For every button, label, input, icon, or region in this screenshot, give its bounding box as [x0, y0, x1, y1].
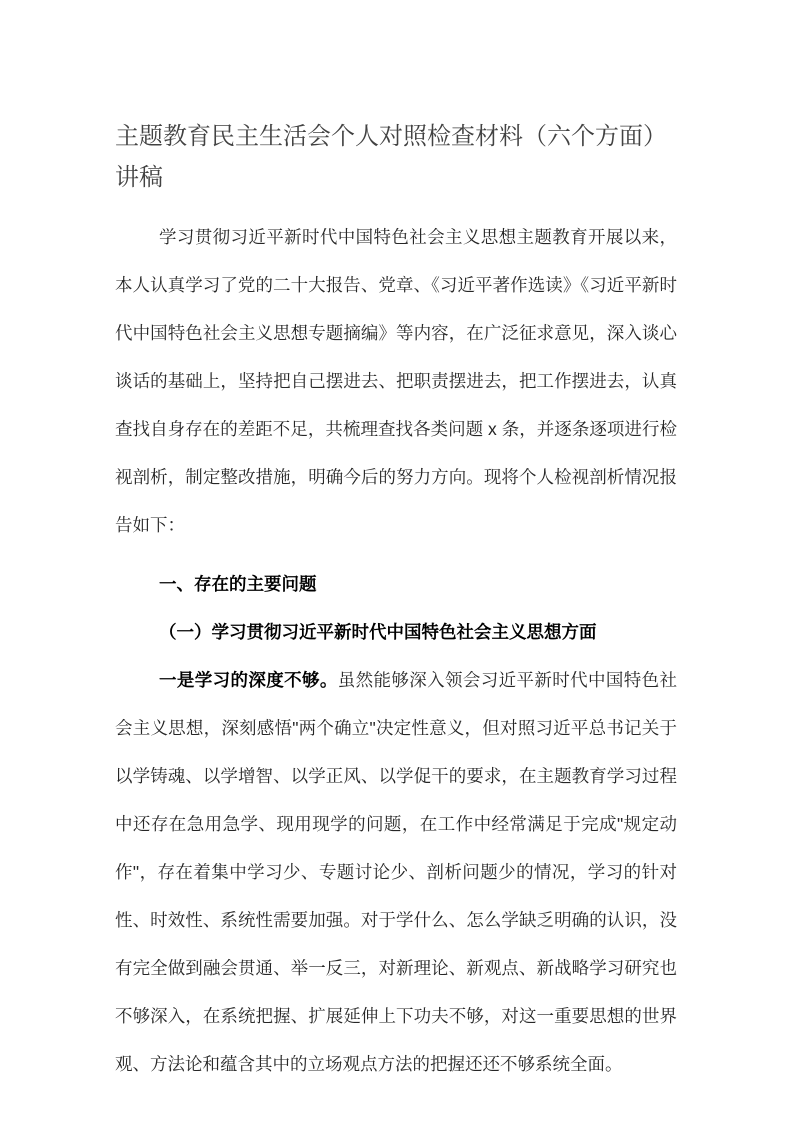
- point1-paragraph: 一是学习的深度不够。虽然能够深入领会习近平新时代中国特色社会主义思想，深刻感悟"…: [115, 656, 677, 1088]
- subsection-heading-thought-aspect: （一）学习贯彻习近平新时代中国特色社会主义思想方面: [115, 608, 677, 656]
- intro-paragraph: 学习贯彻习近平新时代中国特色社会主义思想主题教育开展以来，本人认真学习了党的二十…: [115, 213, 677, 549]
- section-heading-main-problems: 一、存在的主要问题: [115, 560, 677, 608]
- document-content: 主题教育民主生活会个人对照检查材料（六个方面）讲稿 学习贯彻习近平新时代中国特色…: [115, 116, 677, 1088]
- document-page: 主题教育民主生活会个人对照检查材料（六个方面）讲稿 学习贯彻习近平新时代中国特色…: [0, 0, 793, 1122]
- point1-lead-sentence: 一是学习的深度不够。: [159, 670, 338, 690]
- document-title: 主题教育民主生活会个人对照检查材料（六个方面）讲稿: [115, 116, 677, 198]
- point1-body-text: 虽然能够深入领会习近平新时代中国特色社会主义思想，深刻感悟"两个确立"决定性意义…: [115, 670, 677, 1074]
